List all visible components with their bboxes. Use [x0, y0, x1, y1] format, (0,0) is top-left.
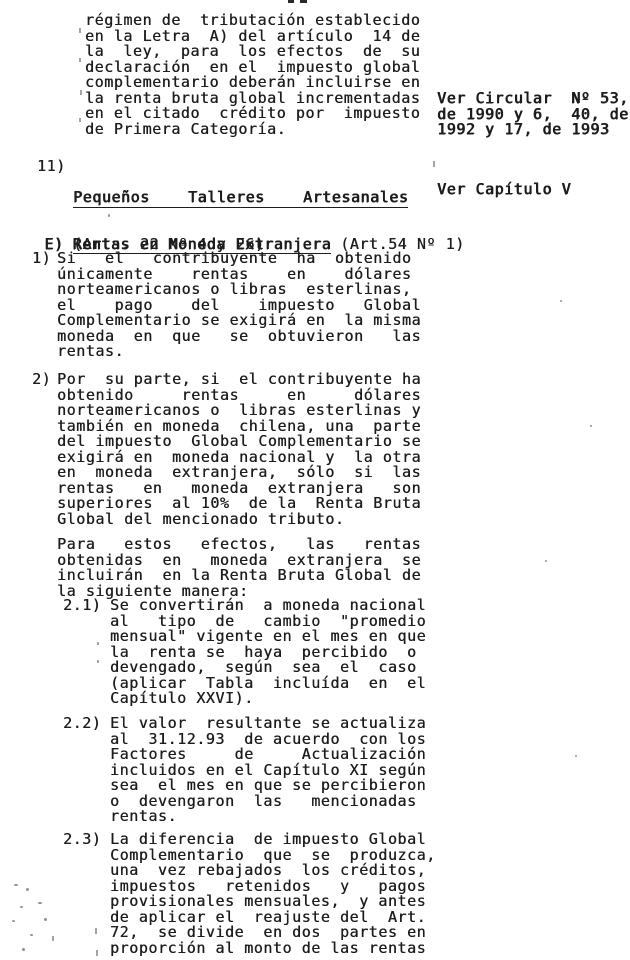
item-11-marker: 11): [37, 159, 66, 175]
item-2-1-body: Se convertirán a moneda nacional al tipo…: [110, 598, 426, 707]
intro-paragraph: régimen de tributación establecido en la…: [85, 13, 420, 137]
item-2-2-marker: 2.2): [63, 716, 101, 732]
item-2-continuation: Para estos efectos, las rentas obtenidas…: [57, 537, 421, 599]
item-2-1-marker: 2.1): [63, 598, 101, 614]
margin-note-chapter: Ver Capítulo V: [437, 182, 571, 198]
item-1-body: Si el contribuyente ha obtenido únicamen…: [57, 251, 421, 360]
item-2-3-marker: 2.3): [63, 832, 101, 848]
document-page: régimen de tributación establecido en la…: [0, 0, 630, 960]
margin-note-circular: Ver Circular Nº 53, de 1990 y 6, 40, de …: [437, 91, 629, 138]
item-1-marker: 1): [32, 251, 51, 267]
item-2-body: Por su parte, si el contribuyente ha obt…: [57, 372, 421, 527]
item-11-title: Pequeños Talleres Artesanales: [73, 188, 408, 208]
item-2-3-body: La diferencia de impuesto Global Complem…: [110, 832, 436, 956]
item-2-2-body: El valor resultante se actualiza al 31.1…: [110, 716, 426, 825]
item-2-marker: 2): [32, 372, 51, 388]
